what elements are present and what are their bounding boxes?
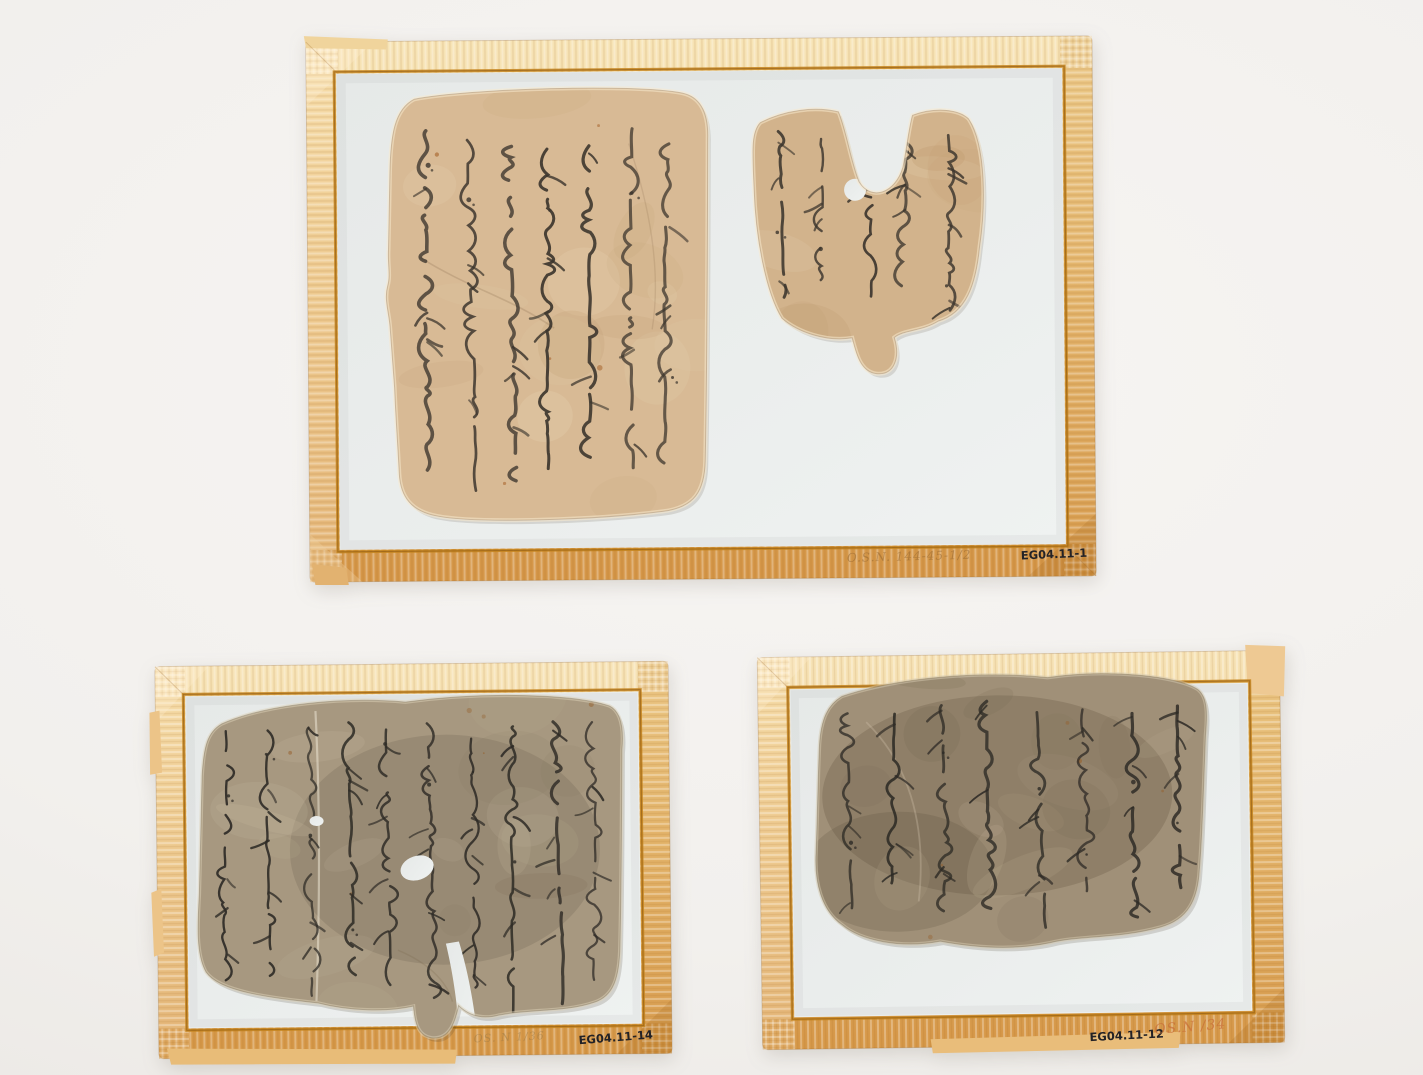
frame-bottom-left: OS. N 1/36 EG04.11-14	[145, 650, 685, 1068]
fragment-large-leaf	[385, 76, 740, 529]
frame-top: O.S.N. 144-45-1/2 EG04.11-1	[300, 25, 1100, 585]
catalog-label: EG04.11-1	[1021, 546, 1088, 563]
frame-bottom-right: EG04.11-12 OS.N /34	[748, 640, 1296, 1058]
fragment-upper-leaf	[800, 662, 1212, 955]
wall-background: O.S.N. 144-45-1/2 EG04.11-1	[0, 0, 1423, 1075]
